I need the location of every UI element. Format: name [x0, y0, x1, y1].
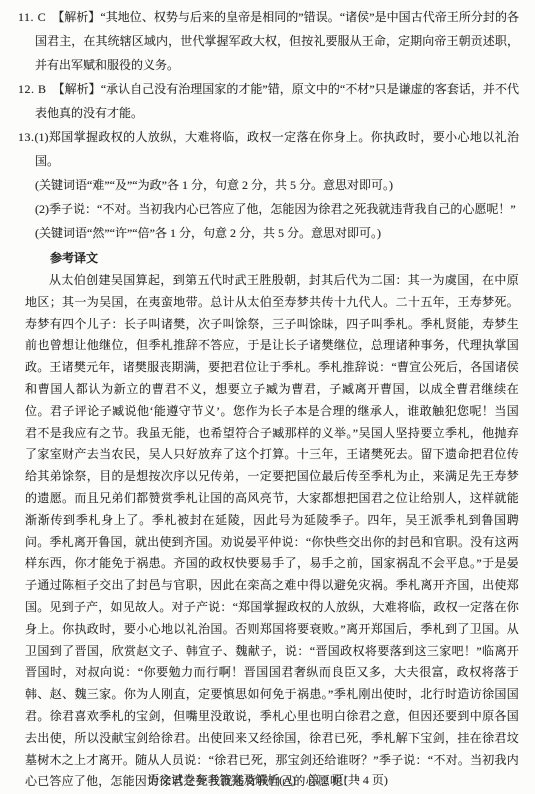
translation-heading: 参考译文 [18, 246, 519, 270]
answer-13-part1: (1)郑国掌握政权的人放纵，大难将临，政权一定落在你身上。你执政时，要小心地以礼… [35, 130, 520, 168]
page-footer: 语文试卷参考答案及解析(A) 第 2 页(共 4 页) [0, 771, 535, 788]
answer-number-11: 11. C [18, 10, 46, 24]
answer-item-13: 13.(1)郑国掌握政权的人放纵，大难将临，政权一定落在你身上。你执政时，要小心… [18, 125, 519, 245]
answer-13-part1-line: 13.(1)郑国掌握政权的人放纵，大难将临，政权一定落在你身上。你执政时，要小心… [18, 125, 519, 173]
translation-paragraph: 从太伯创建吴国算起，到第五代时武王胜殷朝，封其后代为二国：其一为虞国，在中原地区… [18, 270, 519, 793]
answers-section: 11. C 【解析】“其地位、权势与后来的皇帝是相同的”错误。“诸侯”是中国古代… [18, 5, 519, 245]
answer-item-11: 11. C 【解析】“其地位、权势与后来的皇帝是相同的”错误。“诸侯”是中国古代… [18, 5, 519, 77]
answer-number-13: 13. [18, 130, 35, 144]
answer-number-12: 12. B [18, 82, 47, 96]
answer-text-12: 【解析】“承认自己没有治理国家的才能”错，原文中的“不材”只是谦虚的客套话，并不… [35, 82, 519, 120]
answer-13-note1: (关键词语“难”“及”“为政”各 1 分，句意 2 分，共 5 分。意思对即可。… [18, 173, 519, 197]
answer-text-11: 【解析】“其地位、权势与后来的皇帝是相同的”错误。“诸侯”是中国古代帝王所分封的… [35, 10, 519, 72]
reference-translation-section: 参考译文 从太伯创建吴国算起，到第五代时武王胜殷朝，封其后代为二国：其一为虞国，… [18, 246, 519, 793]
answer-item-12: 12. B 【解析】“承认自己没有治理国家的才能”错，原文中的“不材”只是谦虚的… [18, 77, 519, 125]
exam-answer-page: 11. C 【解析】“其地位、权势与后来的皇帝是相同的”错误。“诸侯”是中国古代… [0, 0, 535, 794]
answer-13-part2: (2)季子说：“不对。当初我内心已答应了他，怎能因为徐君之死我就违背我自己的心愿… [18, 197, 519, 221]
answer-13-note2: (关键词语“然”“许”“倍”各 1 分，句意 2 分，共 5 分。意思对即可。) [18, 221, 519, 245]
